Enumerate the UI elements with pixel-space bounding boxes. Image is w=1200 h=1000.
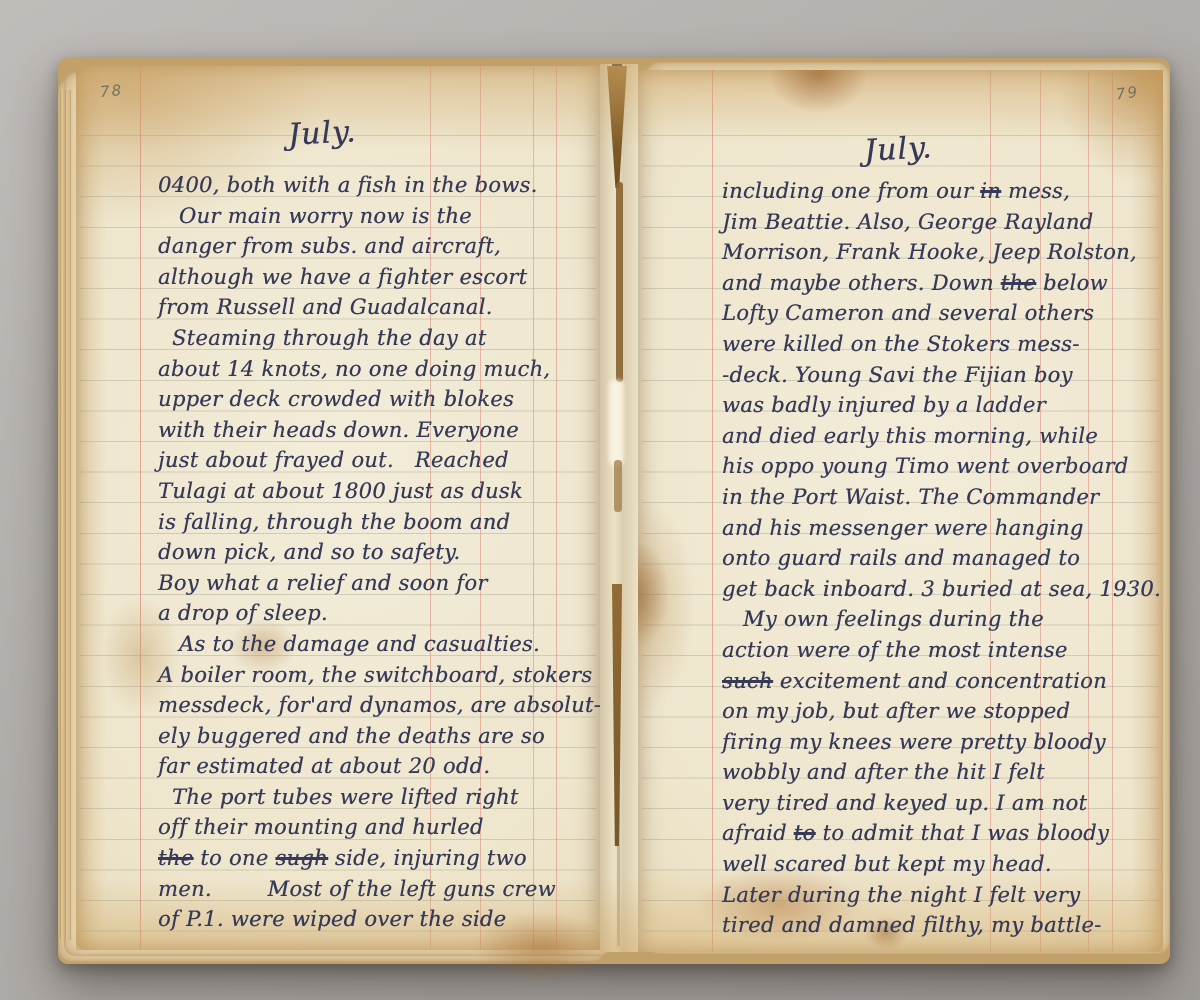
- handwritten-line: such excitement and concentration: [722, 666, 1158, 697]
- handwritten-line: Later during the night I felt very: [722, 880, 1158, 911]
- left-page-number: 78: [99, 81, 124, 101]
- handwritten-line: firing my knees were pretty bloody: [722, 727, 1158, 758]
- handwritten-line: Steaming through the day at: [158, 323, 594, 354]
- handwritten-line: on my job, but after we stopped: [722, 696, 1158, 727]
- handwritten-line: wobbly and after the hit I felt: [722, 757, 1158, 788]
- left-page: 78 July. 0400, both with a fish in the b…: [76, 66, 600, 950]
- torn-paper-highlight: [609, 380, 624, 466]
- handwritten-line: well scared but kept my head.: [722, 849, 1158, 880]
- handwritten-line: action were of the most intense: [722, 635, 1158, 666]
- handwritten-line: upper deck crowded with blokes: [158, 384, 594, 415]
- handwritten-line: As to the damage and casualties.: [158, 629, 594, 660]
- handwritten-line: far estimated at about 20 odd.: [158, 751, 594, 782]
- handwritten-line: in the Port Waist. The Commander: [722, 482, 1158, 513]
- right-page: 79 July. including one from our in mess,…: [638, 70, 1163, 952]
- torn-edge: [616, 182, 623, 382]
- handwritten-line: My own feelings during the: [722, 604, 1158, 635]
- handwritten-line: were killed on the Stokers mess-: [722, 329, 1158, 360]
- handwritten-line: including one from our in mess,: [722, 176, 1158, 207]
- handwritten-line: about 14 knots, no one doing much,: [158, 354, 594, 385]
- torn-edge: [604, 66, 630, 188]
- left-page-header: July.: [287, 114, 357, 153]
- handwritten-line: the to one sugh side, injuring two: [158, 843, 594, 874]
- torn-edge: [612, 584, 622, 846]
- handwritten-line: messdeck, for'ard dynamos, are absolut-: [158, 690, 594, 721]
- page-stack-edge-left: [58, 90, 72, 940]
- right-page-number: 79: [1115, 82, 1140, 103]
- handwritten-line: down pick, and so to safety.: [158, 537, 594, 568]
- handwritten-line: off their mounting and hurled: [158, 812, 594, 843]
- handwritten-line: very tired and keyed up. I am not: [722, 788, 1158, 819]
- handwritten-line: danger from subs. and aircraft,: [158, 231, 594, 262]
- handwritten-line: and died early this morning, while: [722, 421, 1158, 452]
- handwritten-line: tired and damned filthy, my battle-: [722, 910, 1158, 941]
- handwritten-line: a drop of sleep.: [158, 598, 594, 629]
- handwritten-line: was badly injured by a ladder: [722, 390, 1158, 421]
- handwritten-line: afraid to to admit that I was bloody: [722, 818, 1158, 849]
- handwritten-line: is falling, through the boom and: [158, 507, 594, 538]
- gutter-crease: [617, 846, 620, 946]
- handwritten-line: from Russell and Guadalcanal.: [158, 292, 594, 323]
- handwritten-line: just about frayed out. Reached: [158, 445, 594, 476]
- handwritten-line: Our main worry now is the: [158, 201, 594, 232]
- handwritten-line: The port tubes were lifted right: [158, 782, 594, 813]
- handwritten-line: and maybe others. Down the below: [722, 268, 1158, 299]
- handwritten-line: his oppo young Timo went overboard: [722, 451, 1158, 482]
- handwritten-line: with their heads down. Everyone: [158, 415, 594, 446]
- torn-edge: [614, 460, 622, 512]
- right-page-text: including one from our in mess,Jim Beatt…: [722, 176, 1158, 941]
- stain: [768, 70, 868, 114]
- photo-background: 78 July. 0400, both with a fish in the b…: [0, 0, 1200, 1000]
- handwritten-line: Lofty Cameron and several others: [722, 298, 1158, 329]
- page-gutter: [600, 64, 638, 952]
- margin-line: [140, 66, 141, 950]
- handwritten-line: men. Most of the left guns crew: [158, 874, 594, 905]
- handwritten-line: ely buggered and the deaths are so: [158, 721, 594, 752]
- handwritten-line: and his messenger were hanging: [722, 513, 1158, 544]
- handwritten-line: Tulagi at about 1800 just as dusk: [158, 476, 594, 507]
- handwritten-line: onto guard rails and managed to: [722, 543, 1158, 574]
- handwritten-line: A boiler room, the switchboard, stokers: [158, 660, 594, 691]
- handwritten-line: -deck. Young Savi the Fijian boy: [722, 360, 1158, 391]
- handwritten-line: get back inboard. 3 buried at sea, 1930.: [722, 574, 1158, 605]
- handwritten-line: 0400, both with a fish in the bows.: [158, 170, 594, 201]
- margin-line: [712, 70, 713, 952]
- handwritten-line: Morrison, Frank Hooke, Jeep Rolston,: [722, 237, 1158, 268]
- right-page-header: July.: [863, 130, 933, 169]
- handwritten-line: of P.1. were wiped over the side: [158, 904, 594, 935]
- handwritten-line: although we have a fighter escort: [158, 262, 594, 293]
- handwritten-line: Jim Beattie. Also, George Rayland: [722, 207, 1158, 238]
- left-page-text: 0400, both with a fish in the bows. Our …: [158, 170, 594, 935]
- handwritten-line: Boy what a relief and soon for: [158, 568, 594, 599]
